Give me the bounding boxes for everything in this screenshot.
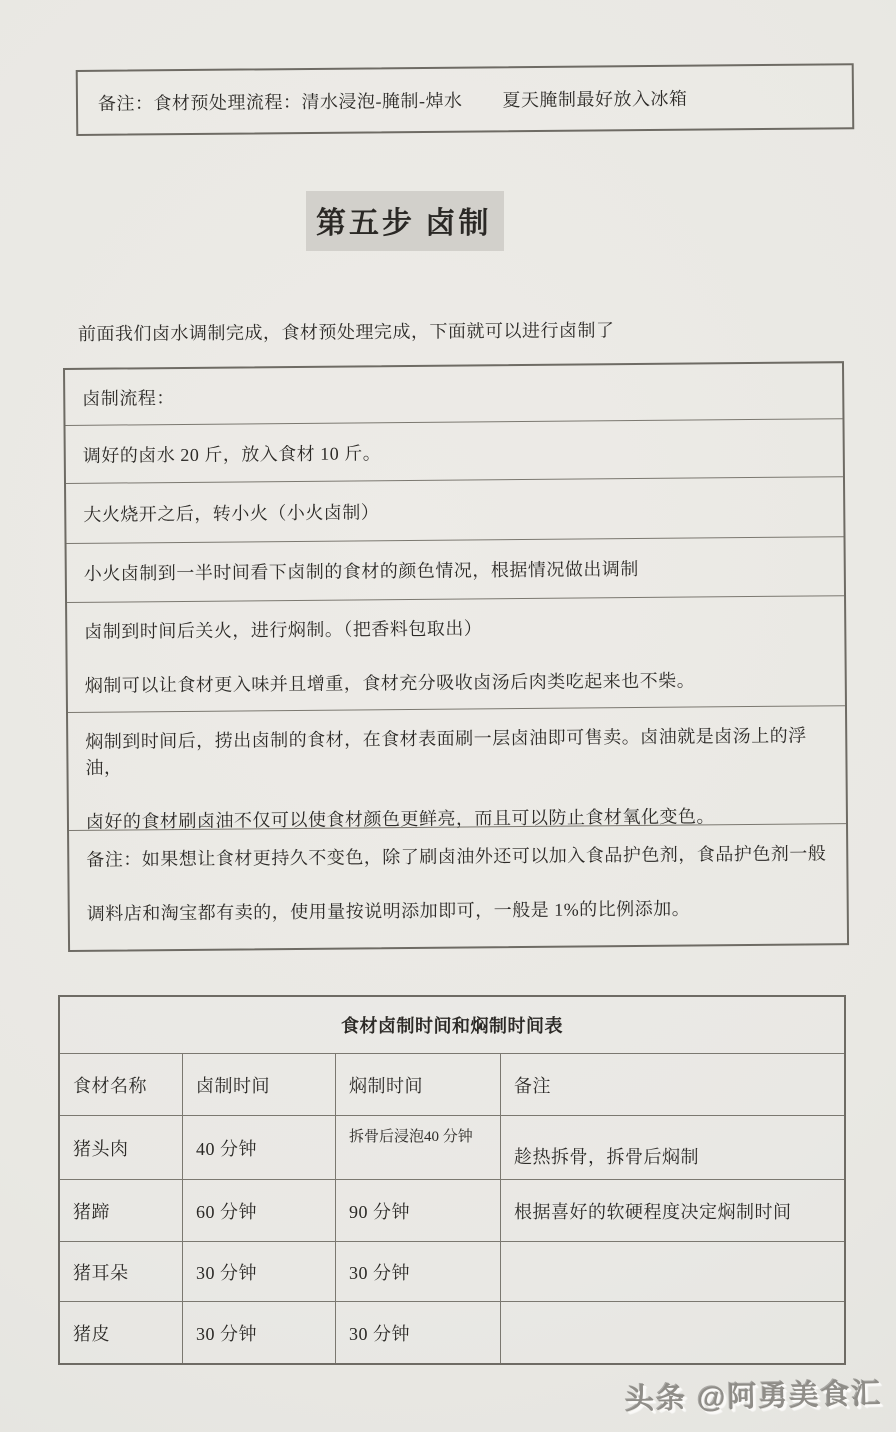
document-page: 备注：食材预处理流程：清水浸泡-腌制-焯水 夏天腌制最好放入冰箱 第五步 卤制 … — [0, 0, 896, 1432]
table-row: 焖制到时间后，捞出卤制的食材，在食材表面刷一层卤油即可售卖。卤油就是卤汤上的浮油… — [68, 705, 846, 830]
braising-process-table: 卤制流程： 调好的卤水 20 斤，放入食材 10 斤。 大火烧开之后，转小火（小… — [63, 361, 849, 952]
process-step-text: 调好的卤水 20 斤，放入食材 10 斤。 — [83, 435, 831, 468]
time-table-title: 食材卤制时间和焖制时间表 — [60, 997, 844, 1053]
braise-time: 30 分钟 — [182, 1242, 335, 1301]
preprocess-remark-box: 备注：食材预处理流程：清水浸泡-腌制-焯水 夏天腌制最好放入冰箱 — [76, 63, 855, 136]
table-row: 卤制流程： — [65, 363, 842, 425]
row-remark — [500, 1242, 844, 1301]
table-row: 卤制到时间后关火，进行焖制。（把香料包取出） 焖制可以让食材更入味并且增重，食材… — [67, 595, 845, 712]
ingredient-name: 猪耳朵 — [60, 1242, 182, 1301]
braise-time: 30 分钟 — [182, 1302, 335, 1363]
toutiao-watermark: 头条 @阿勇美食汇 — [624, 1371, 882, 1418]
simmer-time: 拆骨后浸泡40 分钟 — [335, 1116, 500, 1179]
section-title: 第五步 卤制 — [306, 191, 504, 251]
intro-paragraph: 前面我们卤水调制完成，食材预处理完成，下面就可以进行卤制了 — [78, 315, 838, 346]
process-step-text: 卤制到时间后关火，进行焖制。（把香料包取出） — [84, 612, 832, 645]
table-row: 猪头肉 40 分钟 拆骨后浸泡40 分钟 趁热拆骨，拆骨后焖制 — [60, 1115, 844, 1179]
ingredient-name: 猪头肉 — [60, 1116, 182, 1179]
column-header: 焖制时间 — [335, 1054, 500, 1115]
column-header: 卤制时间 — [182, 1054, 335, 1115]
table-row: 猪皮 30 分钟 30 分钟 — [60, 1301, 844, 1363]
table-row: 备注：如果想让食材更持久不变色，除了刷卤油外还可以加入食品护色剂，食品护色剂一般… — [69, 823, 847, 950]
preprocess-remark-summer-note: 夏天腌制最好放入冰箱 — [502, 85, 687, 113]
column-header: 备注 — [500, 1054, 844, 1115]
ingredient-name: 猪皮 — [60, 1302, 182, 1363]
braise-time: 60 分钟 — [182, 1180, 335, 1241]
simmer-time: 30 分钟 — [335, 1302, 500, 1363]
preprocess-remark-text: 备注：食材预处理流程：清水浸泡-腌制-焯水 — [98, 87, 463, 116]
process-step-text: 焖制到时间后，捞出卤制的食材，在食材表面刷一层卤油即可售卖。卤油就是卤汤上的浮油… — [85, 722, 833, 781]
row-remark: 根据喜好的软硬程度决定焖制时间 — [500, 1180, 844, 1241]
table-row: 猪蹄 60 分钟 90 分钟 根据喜好的软硬程度决定焖制时间 — [60, 1179, 844, 1241]
process-step-text: 卤制流程： — [82, 378, 830, 411]
process-step-text: 焖制可以让食材更入味并且增重，食材充分吸收卤汤后肉类吃起来也不柴。 — [85, 666, 833, 699]
process-step-text: 调料店和淘宝都有卖的，使用量按说明添加即可，一般是 1%的比例添加。 — [87, 894, 835, 927]
row-remark — [500, 1302, 844, 1363]
row-remark: 趁热拆骨，拆骨后焖制 — [500, 1116, 844, 1179]
column-header: 食材名称 — [60, 1054, 182, 1115]
table-row: 猪耳朵 30 分钟 30 分钟 — [60, 1241, 844, 1301]
process-step-text: 大火烧开之后，转小火（小火卤制） — [83, 494, 831, 527]
braise-time: 40 分钟 — [182, 1116, 335, 1179]
ingredient-name: 猪蹄 — [60, 1180, 182, 1241]
table-row: 大火烧开之后，转小火（小火卤制） — [66, 476, 843, 543]
process-step-text: 备注：如果想让食材更持久不变色，除了刷卤油外还可以加入食品护色剂，食品护色剂一般 — [86, 840, 834, 873]
section-title-wrap: 第五步 卤制 — [306, 191, 504, 251]
table-row: 小火卤制到一半时间看下卤制的食材的颜色情况，根据情况做出调制 — [67, 536, 844, 602]
process-step-text: 小火卤制到一半时间看下卤制的食材的颜色情况，根据情况做出调制 — [84, 553, 832, 586]
simmer-time: 30 分钟 — [335, 1242, 500, 1301]
braise-time-table: 食材卤制时间和焖制时间表 食材名称 卤制时间 焖制时间 备注 猪头肉 40 分钟… — [58, 995, 846, 1365]
table-header-row: 食材名称 卤制时间 焖制时间 备注 — [60, 1053, 844, 1115]
simmer-time: 90 分钟 — [335, 1180, 500, 1241]
table-row: 调好的卤水 20 斤，放入食材 10 斤。 — [65, 418, 842, 483]
